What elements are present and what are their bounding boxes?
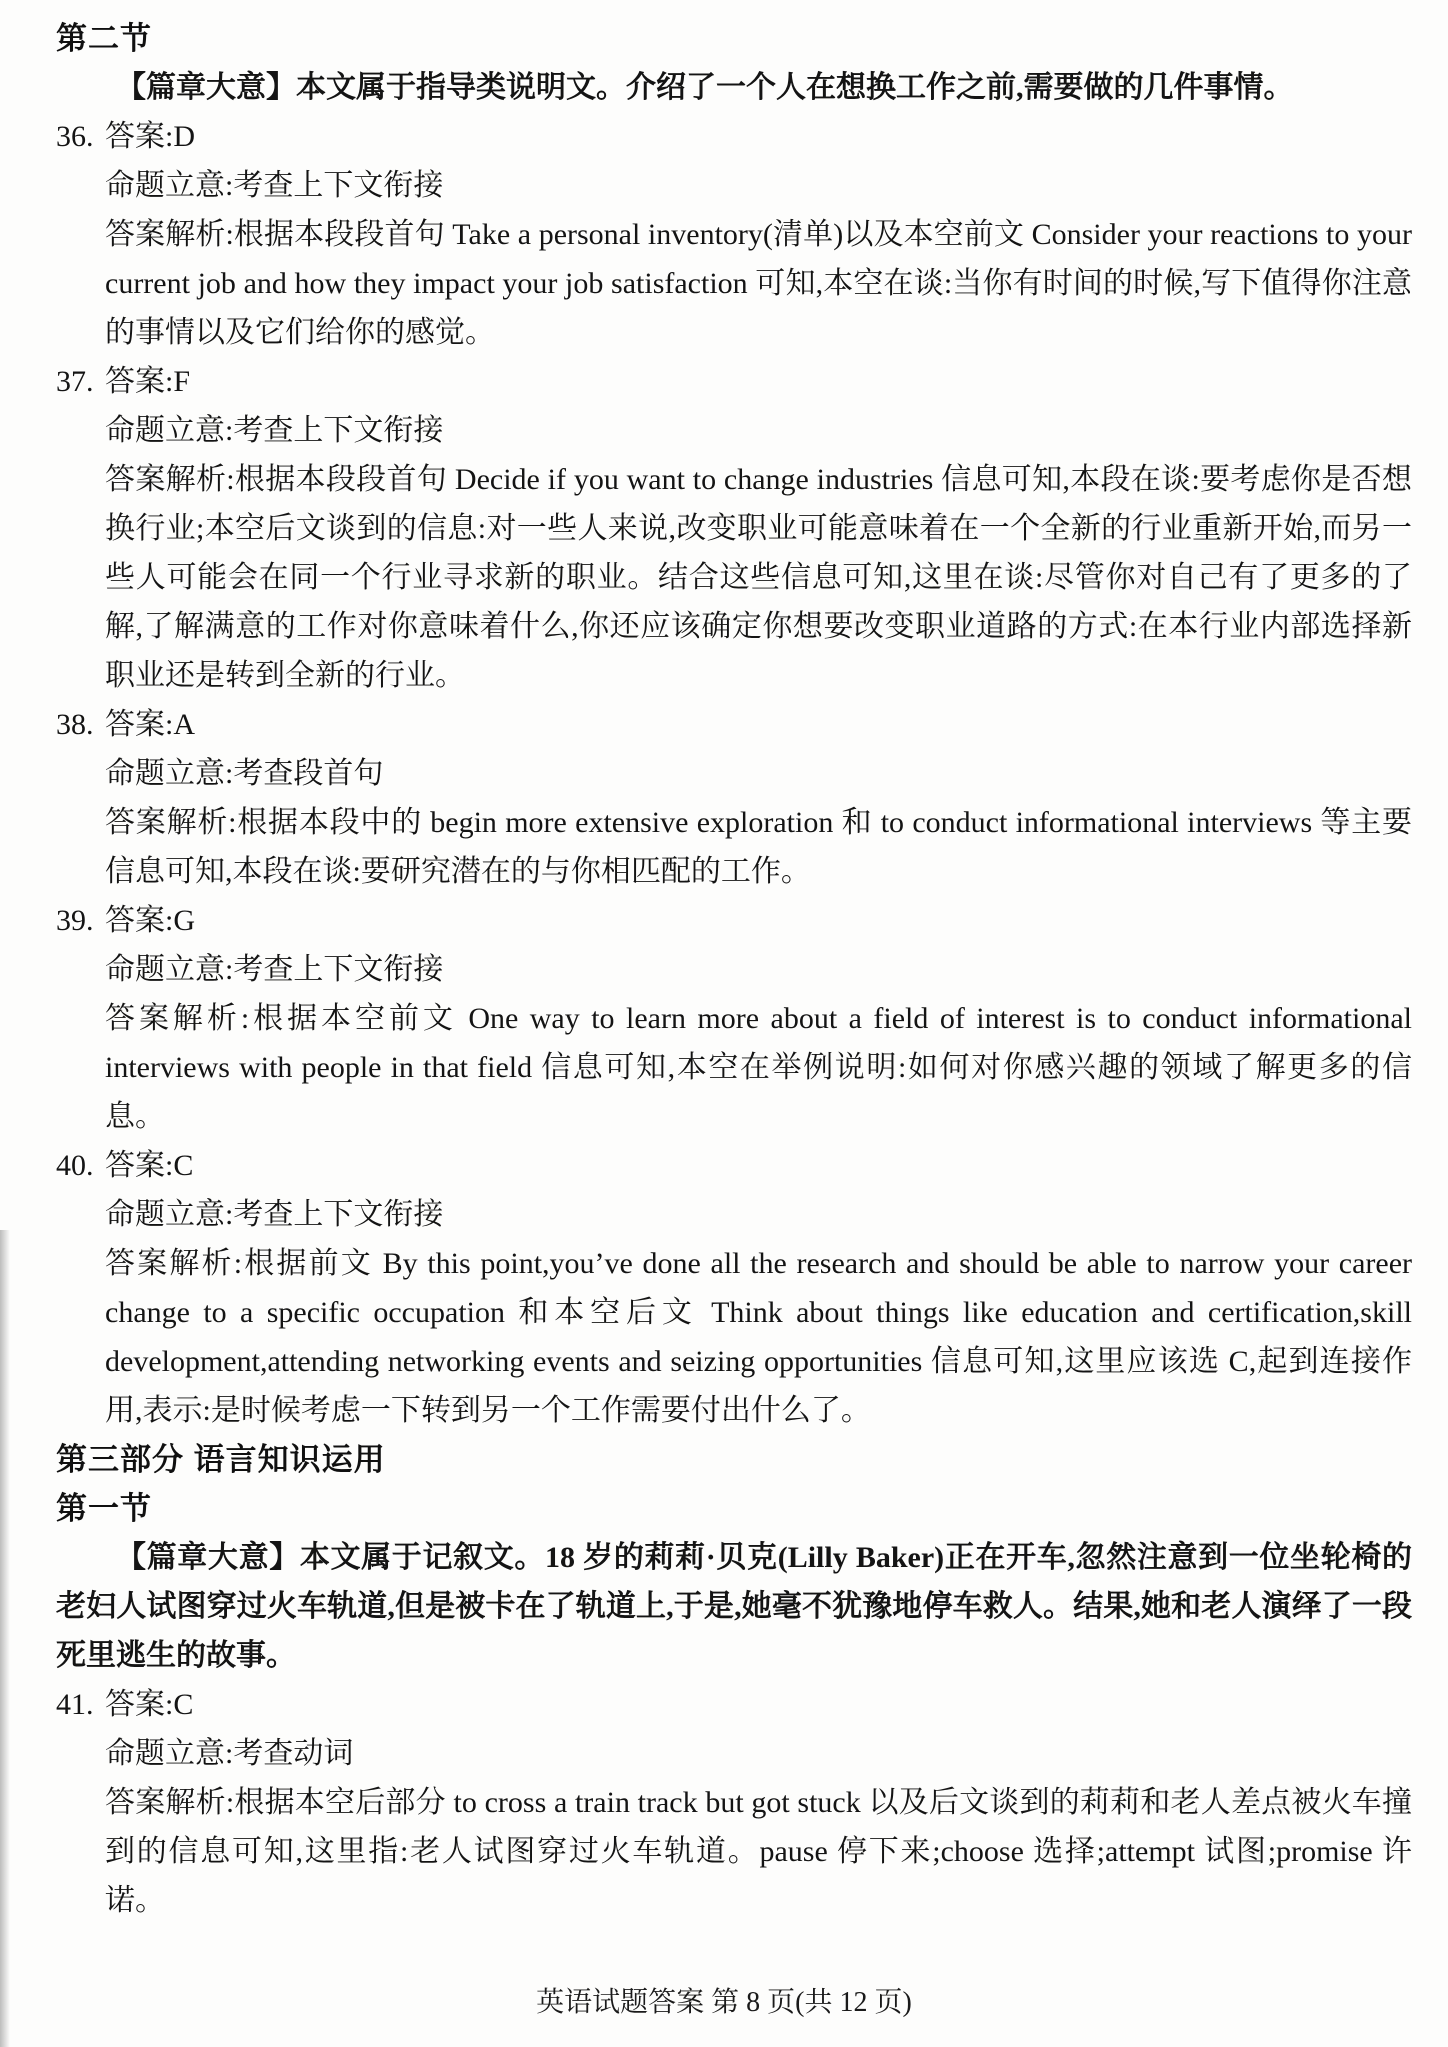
answer-item-head: 38.答案:A (56, 700, 1412, 749)
question-number: 40. (56, 1141, 105, 1190)
answer-item-body: 命题立意:考查段首句 答案解析:根据本段中的 begin more extens… (105, 749, 1412, 896)
answer-item-body: 命题立意:考查上下文衔接 答案解析:根据前文 By this point,you… (105, 1190, 1412, 1435)
answer-label: 答案:C (105, 1149, 193, 1182)
answer-label: 答案:D (105, 120, 195, 153)
answer-item-body: 命题立意:考查动词 答案解析:根据本空后部分 to cross a train … (105, 1729, 1412, 1925)
analysis-paragraph: 答案解析:根据本空后部分 to cross a train track but … (105, 1778, 1412, 1925)
question-number: 38. (56, 700, 105, 749)
intent-line: 命题立意:考查段首句 (105, 749, 1412, 798)
intent-line: 命题立意:考查上下文衔接 (105, 406, 1412, 455)
answer-label: 答案:G (105, 904, 195, 937)
scan-artifact (0, 1230, 10, 2047)
question-number: 36. (56, 112, 105, 161)
answer-item-37: 37.答案:F 命题立意:考查上下文衔接 答案解析:根据本段段首句 Decide… (56, 357, 1412, 700)
answer-item-head: 41.答案:C (56, 1680, 1412, 1729)
section-three-subheading: 第一节 (56, 1484, 1412, 1533)
answer-item-40: 40.答案:C 命题立意:考查上下文衔接 答案解析:根据前文 By this p… (56, 1141, 1412, 1435)
answer-item-body: 命题立意:考查上下文衔接 答案解析:根据本段段首句 Take a persona… (105, 161, 1412, 357)
scanned-answer-page: 第二节 【篇章大意】本文属于指导类说明文。介绍了一个人在想换工作之前,需要做的几… (0, 0, 1448, 2047)
intent-line: 命题立意:考查上下文衔接 (105, 161, 1412, 210)
answer-item-head: 36.答案:D (56, 112, 1412, 161)
question-number: 37. (56, 357, 105, 406)
analysis-paragraph: 答案解析:根据本段中的 begin more extensive explora… (105, 798, 1412, 896)
page-footer: 英语试题答案 第 8 页(共 12 页) (0, 1987, 1448, 2019)
question-number: 39. (56, 896, 105, 945)
answer-item-head: 37.答案:F (56, 357, 1412, 406)
answer-item-head: 40.答案:C (56, 1141, 1412, 1190)
page-content: 第二节 【篇章大意】本文属于指导类说明文。介绍了一个人在想换工作之前,需要做的几… (56, 14, 1412, 1925)
answer-item-38: 38.答案:A 命题立意:考查段首句 答案解析:根据本段中的 begin mor… (56, 700, 1412, 896)
analysis-paragraph: 答案解析:根据本段段首句 Decide if you want to chang… (105, 455, 1412, 700)
answer-item-body: 命题立意:考查上下文衔接 答案解析:根据本空前文 One way to lear… (105, 945, 1412, 1141)
answer-item-head: 39.答案:G (56, 896, 1412, 945)
passage-summary-tag: 【篇章大意】 (116, 1541, 300, 1574)
analysis-paragraph: 答案解析:根据本空前文 One way to learn more about … (105, 994, 1412, 1141)
passage-summary-tag: 【篇章大意】 (116, 71, 296, 104)
answer-item-36: 36.答案:D 命题立意:考查上下文衔接 答案解析:根据本段段首句 Take a… (56, 112, 1412, 357)
passage-summary-section3: 【篇章大意】本文属于记叙文。18 岁的莉莉·贝克(Lilly Baker)正在开… (56, 1533, 1412, 1680)
intent-line: 命题立意:考查上下文衔接 (105, 1190, 1412, 1239)
intent-line: 命题立意:考查上下文衔接 (105, 945, 1412, 994)
answer-item-body: 命题立意:考查上下文衔接 答案解析:根据本段段首句 Decide if you … (105, 406, 1412, 700)
analysis-paragraph: 答案解析:根据本段段首句 Take a personal inventory(清… (105, 210, 1412, 357)
question-number: 41. (56, 1680, 105, 1729)
answer-item-41: 41.答案:C 命题立意:考查动词 答案解析:根据本空后部分 to cross … (56, 1680, 1412, 1925)
section-three-heading: 第三部分 语言知识运用 (56, 1435, 1412, 1484)
answer-item-39: 39.答案:G 命题立意:考查上下文衔接 答案解析:根据本空前文 One way… (56, 896, 1412, 1141)
answer-label: 答案:F (105, 365, 190, 398)
passage-summary-text: 本文属于指导类说明文。介绍了一个人在想换工作之前,需要做的几件事情。 (296, 71, 1294, 104)
intent-line: 命题立意:考查动词 (105, 1729, 1412, 1778)
passage-summary-section2: 【篇章大意】本文属于指导类说明文。介绍了一个人在想换工作之前,需要做的几件事情。 (56, 63, 1412, 112)
analysis-paragraph: 答案解析:根据前文 By this point,you’ve done all … (105, 1239, 1412, 1435)
section-two-heading: 第二节 (56, 14, 1412, 63)
answer-label: 答案:A (105, 708, 195, 741)
answer-label: 答案:C (105, 1688, 193, 1721)
